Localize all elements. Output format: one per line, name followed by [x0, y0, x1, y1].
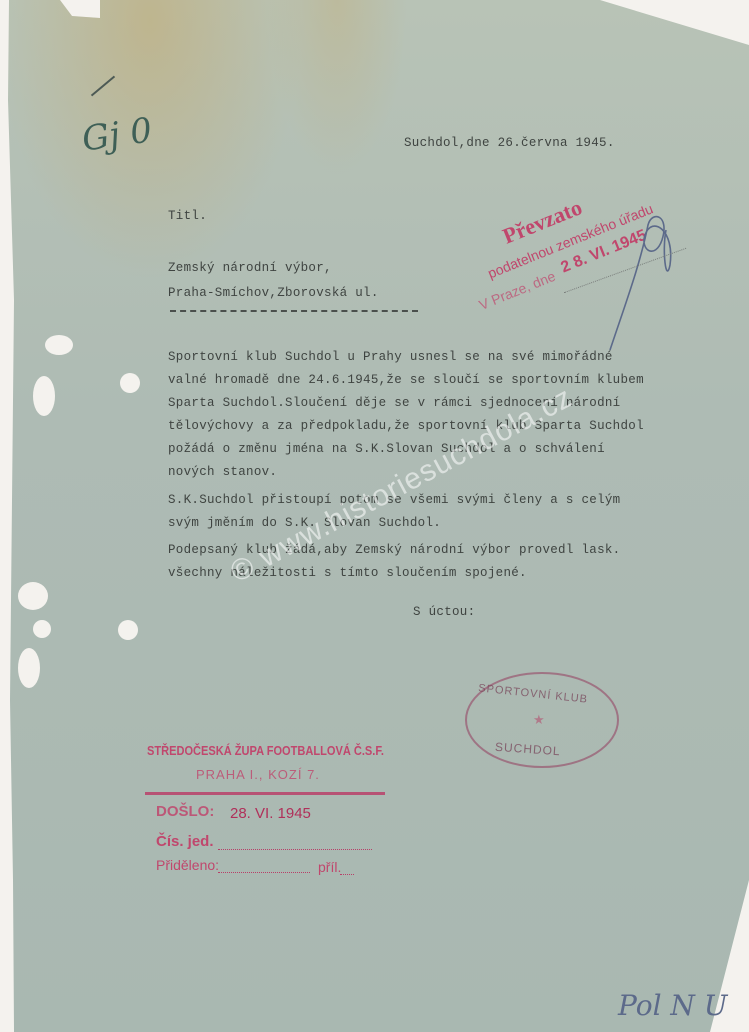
- handwritten-note: Pol N U: [618, 992, 727, 1020]
- ref-number-field: [218, 849, 372, 850]
- association-stamp-rule: [145, 792, 385, 795]
- torn-hole: [45, 335, 73, 355]
- attachments-label: příl.: [318, 860, 341, 874]
- salutation: Titl.: [168, 210, 207, 223]
- paragraph-line: tělovýchovy a za předpokladu,že sportovn…: [168, 420, 644, 433]
- punch-hole: [120, 373, 140, 393]
- punch-hole: [118, 620, 138, 640]
- ref-number-label: Čís. jed.: [156, 834, 214, 849]
- paragraph-line: valné hromadě dne 24.6.1945,že se sloučí…: [168, 374, 644, 387]
- club-stamp-star-icon: ★: [533, 712, 546, 728]
- torn-hole: [33, 376, 55, 416]
- assigned-field: [218, 872, 310, 873]
- torn-hole: [18, 582, 48, 610]
- torn-hole: [18, 648, 40, 688]
- received-date: 28. VI. 1945: [230, 806, 311, 821]
- pencil-scribble-icon: [600, 205, 680, 355]
- torn-hole: [33, 620, 51, 638]
- paragraph-line: nových stanov.: [168, 466, 277, 479]
- association-stamp-line2: PRAHA I., KOZÍ 7.: [196, 768, 320, 781]
- paragraph-line: požádá o změnu jména na S.K.Slovan Suchd…: [168, 443, 605, 456]
- paragraph-line: všechny náležitosti s tímto sloučením sp…: [168, 567, 527, 580]
- handwritten-initials: Gj 0: [80, 113, 154, 156]
- date-line: Suchdol,dne 26.června 1945.: [404, 137, 615, 150]
- association-stamp-line1: STŘEDOČESKÁ ŽUPA FOOTBALLOVÁ Č.S.F.: [147, 744, 384, 757]
- recipient-underline: [170, 310, 418, 312]
- closing: S úctou:: [413, 606, 475, 619]
- recipient-line-1: Zemský národní výbor,: [168, 262, 332, 275]
- received-label: DOŠLO:: [156, 804, 214, 819]
- recipient-line-2: Praha-Smíchov,Zborovská ul.: [168, 287, 379, 300]
- paragraph-line: Sportovní klub Suchdol u Prahy usnesl se…: [168, 351, 613, 364]
- assigned-label: Přiděleno:: [156, 858, 219, 872]
- attachments-field: [340, 874, 354, 875]
